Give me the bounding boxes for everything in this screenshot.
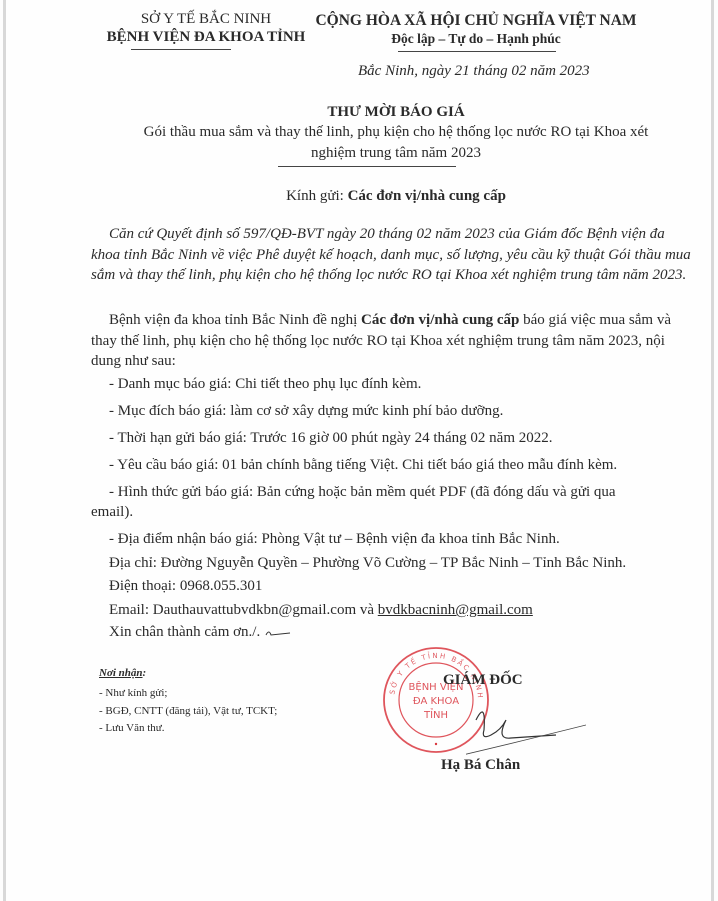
org-underline xyxy=(131,49,231,50)
item-purpose: - Mục đích báo giá: làm cơ sở xây dựng m… xyxy=(109,403,503,420)
item-location: - Địa điểm nhận báo giá: Phòng Vật tư – … xyxy=(109,531,560,548)
basis-paragraph: Căn cứ Quyết định số 597/QĐ-BVT ngày 20 … xyxy=(91,224,691,286)
date-line: Bắc Ninh, ngày 21 tháng 02 năm 2023 xyxy=(358,63,590,80)
initial-scribble-icon xyxy=(264,627,292,639)
addressee-value: Các đơn vị/nhà cung cấp xyxy=(348,188,506,204)
recipient-item: - Lưu Văn thư. xyxy=(99,722,165,734)
document-page: SỞ Y TẾ BẮC NINH BỆNH VIỆN ĐA KHOA TỈNH … xyxy=(3,0,714,901)
recipients-title: Nơi nhận: xyxy=(99,667,146,679)
subtitle-underline xyxy=(278,166,456,167)
motto: Độc lập – Tự do – Hạnh phúc xyxy=(311,31,641,47)
subtitle-line-1: Gói thầu mua sắm và thay thế linh, phụ k… xyxy=(86,124,706,141)
recipient-item: - Như kính gửi; xyxy=(99,687,167,699)
item-deadline: - Thời hạn gửi báo giá: Trước 16 giờ 00 … xyxy=(109,430,553,447)
thanks-text: Xin chân thành cảm ơn./. xyxy=(109,624,260,640)
email-label: Email: xyxy=(109,602,153,618)
org-parent: SỞ Y TẾ BẮC NINH xyxy=(101,11,311,28)
thanks-line: Xin chân thành cảm ơn./. xyxy=(109,624,292,641)
recipients-colon: : xyxy=(143,667,147,679)
org-name: BỆNH VIỆN ĐA KHOA TỈNH xyxy=(101,29,311,46)
recipients-title-text: Nơi nhận xyxy=(99,667,143,679)
email-link-1[interactable]: Dauthauvattubvdkbn@gmail.com xyxy=(153,602,356,618)
document-title: THƯ MỜI BÁO GIÁ xyxy=(86,104,706,121)
nation-title: CỘNG HÒA XÃ HỘI CHỦ NGHĨA VIỆT NAM xyxy=(311,12,641,30)
contact-address: Địa chỉ: Đường Nguyễn Quyền – Phường Võ … xyxy=(109,555,626,572)
email-join: và xyxy=(356,602,378,618)
motto-underline xyxy=(398,51,556,52)
email-link-2[interactable]: bvdkbacninh@gmail.com xyxy=(378,602,533,618)
contact-phone: Điện thoại: 0968.055.301 xyxy=(109,578,262,595)
request-text-bold: Các đơn vị/nhà cung cấp xyxy=(361,312,519,328)
request-paragraph: Bệnh viện đa khoa tỉnh Bắc Ninh đề nghị … xyxy=(91,310,691,372)
svg-text:TỈNH: TỈNH xyxy=(423,707,448,721)
item-requirement: - Yêu cầu báo giá: 01 bản chính bằng tiế… xyxy=(109,457,617,474)
signer-name: Hạ Bá Chân xyxy=(441,757,520,774)
item-method-cont: email). xyxy=(91,504,133,521)
recipient-item: - BGĐ, CNTT (đăng tải), Vật tư, TCKT; xyxy=(99,705,277,717)
item-method: - Hình thức gửi báo giá: Bản cứng hoặc b… xyxy=(109,484,616,501)
contact-email: Email: Dauthauvattubvdkbn@gmail.com và b… xyxy=(109,602,533,619)
item-catalog: - Danh mục báo giá: Chi tiết theo phụ lụ… xyxy=(109,376,421,393)
request-text-before: Bệnh viện đa khoa tỉnh Bắc Ninh đề nghị xyxy=(109,312,361,328)
svg-text:ĐA KHOA: ĐA KHOA xyxy=(413,696,459,707)
addressee: Kính gửi: Các đơn vị/nhà cung cấp xyxy=(86,188,706,205)
addressee-label: Kính gửi: xyxy=(286,188,347,204)
subtitle-line-2: nghiệm trung tâm năm 2023 xyxy=(86,145,706,162)
